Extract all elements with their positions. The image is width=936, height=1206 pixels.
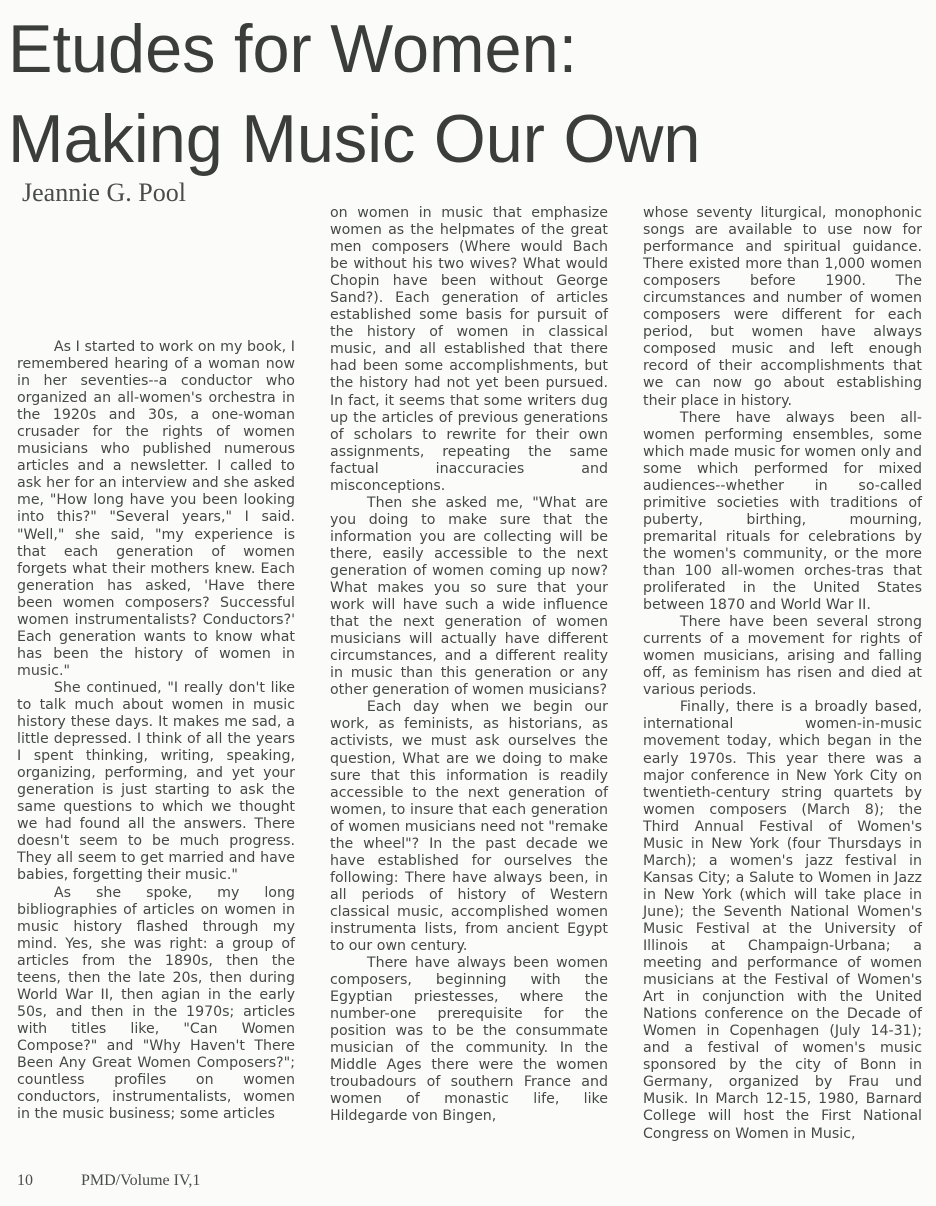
paragraph: As she spoke, my long bibliographies of … [17,885,295,1124]
paragraph: There have been several strong currents … [643,614,922,699]
text-column-1: As I started to work on my book, I remem… [17,339,295,1123]
author-byline: Jeannie G. Pool [22,178,186,208]
paragraph: Finally, there is a broadly based, inter… [643,699,922,1142]
paragraph: on women in music that emphasize women a… [330,205,608,495]
page-footer: 10 PMD/Volume IV,1 [17,1172,200,1190]
publication-name: PMD/Volume IV,1 [81,1172,200,1189]
title-line-2: Making Music Our Own [8,101,701,177]
text-column-3: whose seventy liturgical, monophonic son… [643,205,922,1143]
paragraph: Then she asked me, "What are you doing t… [330,495,608,700]
paragraph: whose seventy liturgical, monophonic son… [643,205,922,410]
text-column-2: on women in music that emphasize women a… [330,205,608,1126]
article-title: Etudes for Women: Making Music Our Own [8,4,701,184]
paragraph: As I started to work on my book, I remem… [17,339,295,680]
paragraph: There have always been all-women perform… [643,410,922,615]
paragraph: Each day when we begin our work, as femi… [330,699,608,955]
paragraph: There have always been women composers, … [330,955,608,1125]
page-number: 10 [17,1172,77,1190]
paragraph: She continued, "I really don't like to t… [17,680,295,885]
title-line-1: Etudes for Women: [8,11,577,87]
